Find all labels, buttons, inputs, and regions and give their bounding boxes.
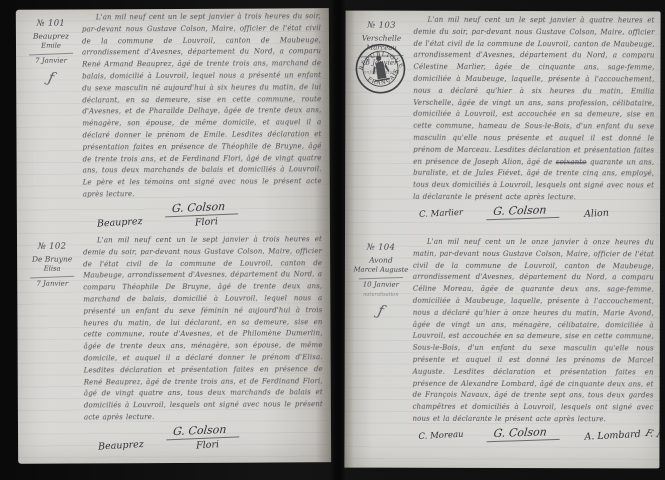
act-number: № 104 (351, 243, 411, 253)
act-101-body: L'an mil neuf cent un le sept janvier à … (82, 11, 322, 201)
signature: G. Colson (165, 199, 240, 217)
act-name-surname: Beauprez (20, 31, 82, 41)
paraph-flourish-icon: ƒ (19, 63, 83, 93)
act-name-firstname: Marcel Auguste (351, 266, 411, 275)
signature: C. Moreau (418, 429, 464, 441)
act-103-margin: № 103 Verschelle Marceau 6 Janvier enfan… (351, 21, 411, 76)
act-103-signature-row: C. Marlier G. Colson Alion (411, 204, 652, 220)
signature: Flori (195, 439, 219, 451)
act-name-firstname: Marceau (351, 44, 411, 53)
act-104-signature-row: C. Moreau G. Colson A. Lombard F. Navaux (410, 426, 651, 442)
signature: A. Lombard (585, 429, 642, 443)
act-101-margin: № 101 Beauprez Emile 7 Janvier ƒ (20, 18, 82, 86)
act-104-body: L'an mil neuf cent un le onze janvier à … (413, 237, 654, 426)
signature: G. Colson (486, 203, 561, 220)
act-101-official-signature-row: G. Colson (83, 200, 322, 216)
act-102-body: L'an mil neuf cent un le sept janvier à … (83, 234, 323, 424)
margin-annotation: enfant naturel (351, 70, 411, 76)
birth-act-103: № 103 Verschelle Marceau 6 Janvier enfan… (345, 15, 661, 236)
birth-act-101: № 101 Beauprez Emile 7 Janvier ƒ L'an mi… (16, 11, 330, 235)
act-104-margin: № 104 Avond Marcel Auguste 10 Janvier na… (351, 243, 411, 320)
register-page-left: № 101 Beauprez Emile 7 Janvier ƒ L'an mi… (16, 8, 331, 464)
act-date: 10 Janvier (351, 281, 411, 289)
signature: C. Marlier (419, 208, 463, 220)
signature: F. Navaux (644, 428, 661, 444)
signature: Beauprez (98, 439, 144, 453)
act-name-firstname: Emile (20, 41, 82, 50)
act-102-margin: № 102 De Bruyne Elisa 7 Janvier (21, 241, 83, 287)
signature: G. Colson (487, 425, 562, 442)
act-102-official-signature-row: G. Colson (84, 423, 323, 439)
act-date: 6 Janvier (351, 59, 411, 67)
act-number: № 102 (21, 241, 83, 251)
signature: G. Colson (166, 422, 241, 440)
act-body-text: L'an mil neuf cent un le onze janvier à … (413, 238, 654, 423)
act-name-firstname: Elisa (21, 264, 83, 273)
birth-act-102: № 102 De Bruyne Elisa 7 Janvier L'an mil… (17, 234, 331, 462)
act-body-text: L'an mil neuf cent un le sept janvier à … (83, 235, 323, 421)
act-name-surname: Avond (351, 256, 411, 266)
act-body-text: L'an mil neuf cent un le sept janvier à … (413, 16, 654, 166)
margin-divider-flourish (30, 276, 74, 279)
act-date: 7 Janvier (21, 279, 83, 287)
act-103-body: L'an mil neuf cent un le sept janvier à … (413, 15, 654, 204)
birth-act-104: № 104 Avond Marcel Auguste 10 Janvier na… (344, 237, 660, 467)
act-name-surname: De Bruyne (21, 254, 83, 264)
act-number: № 101 (20, 18, 82, 28)
scanned-register-spread: № 101 Beauprez Emile 7 Janvier ƒ L'an mi… (0, 0, 665, 480)
signature: Flori (194, 216, 218, 228)
signature: Beauprez (97, 216, 143, 230)
register-page-right: RÉPUBLIQUE FRANÇAISE № 103 Verschelle Ma… (344, 11, 660, 469)
struck-word: soixante (556, 158, 587, 166)
margin-divider-flourish (359, 55, 403, 57)
signature: Alion (584, 207, 609, 219)
margin-divider-flourish (359, 277, 403, 279)
act-101-witness-signature-row: Beauprez Flori (83, 216, 322, 228)
act-name-surname: Verschelle (352, 34, 412, 44)
act-number: № 103 (352, 21, 412, 31)
act-102-witness-signature-row: Beauprez Flori (84, 439, 323, 451)
paraph-flourish-icon: ƒ (350, 296, 412, 326)
margin-divider-flourish (29, 53, 73, 56)
act-body-text: L'an mil neuf cent un le sept janvier à … (82, 12, 322, 198)
